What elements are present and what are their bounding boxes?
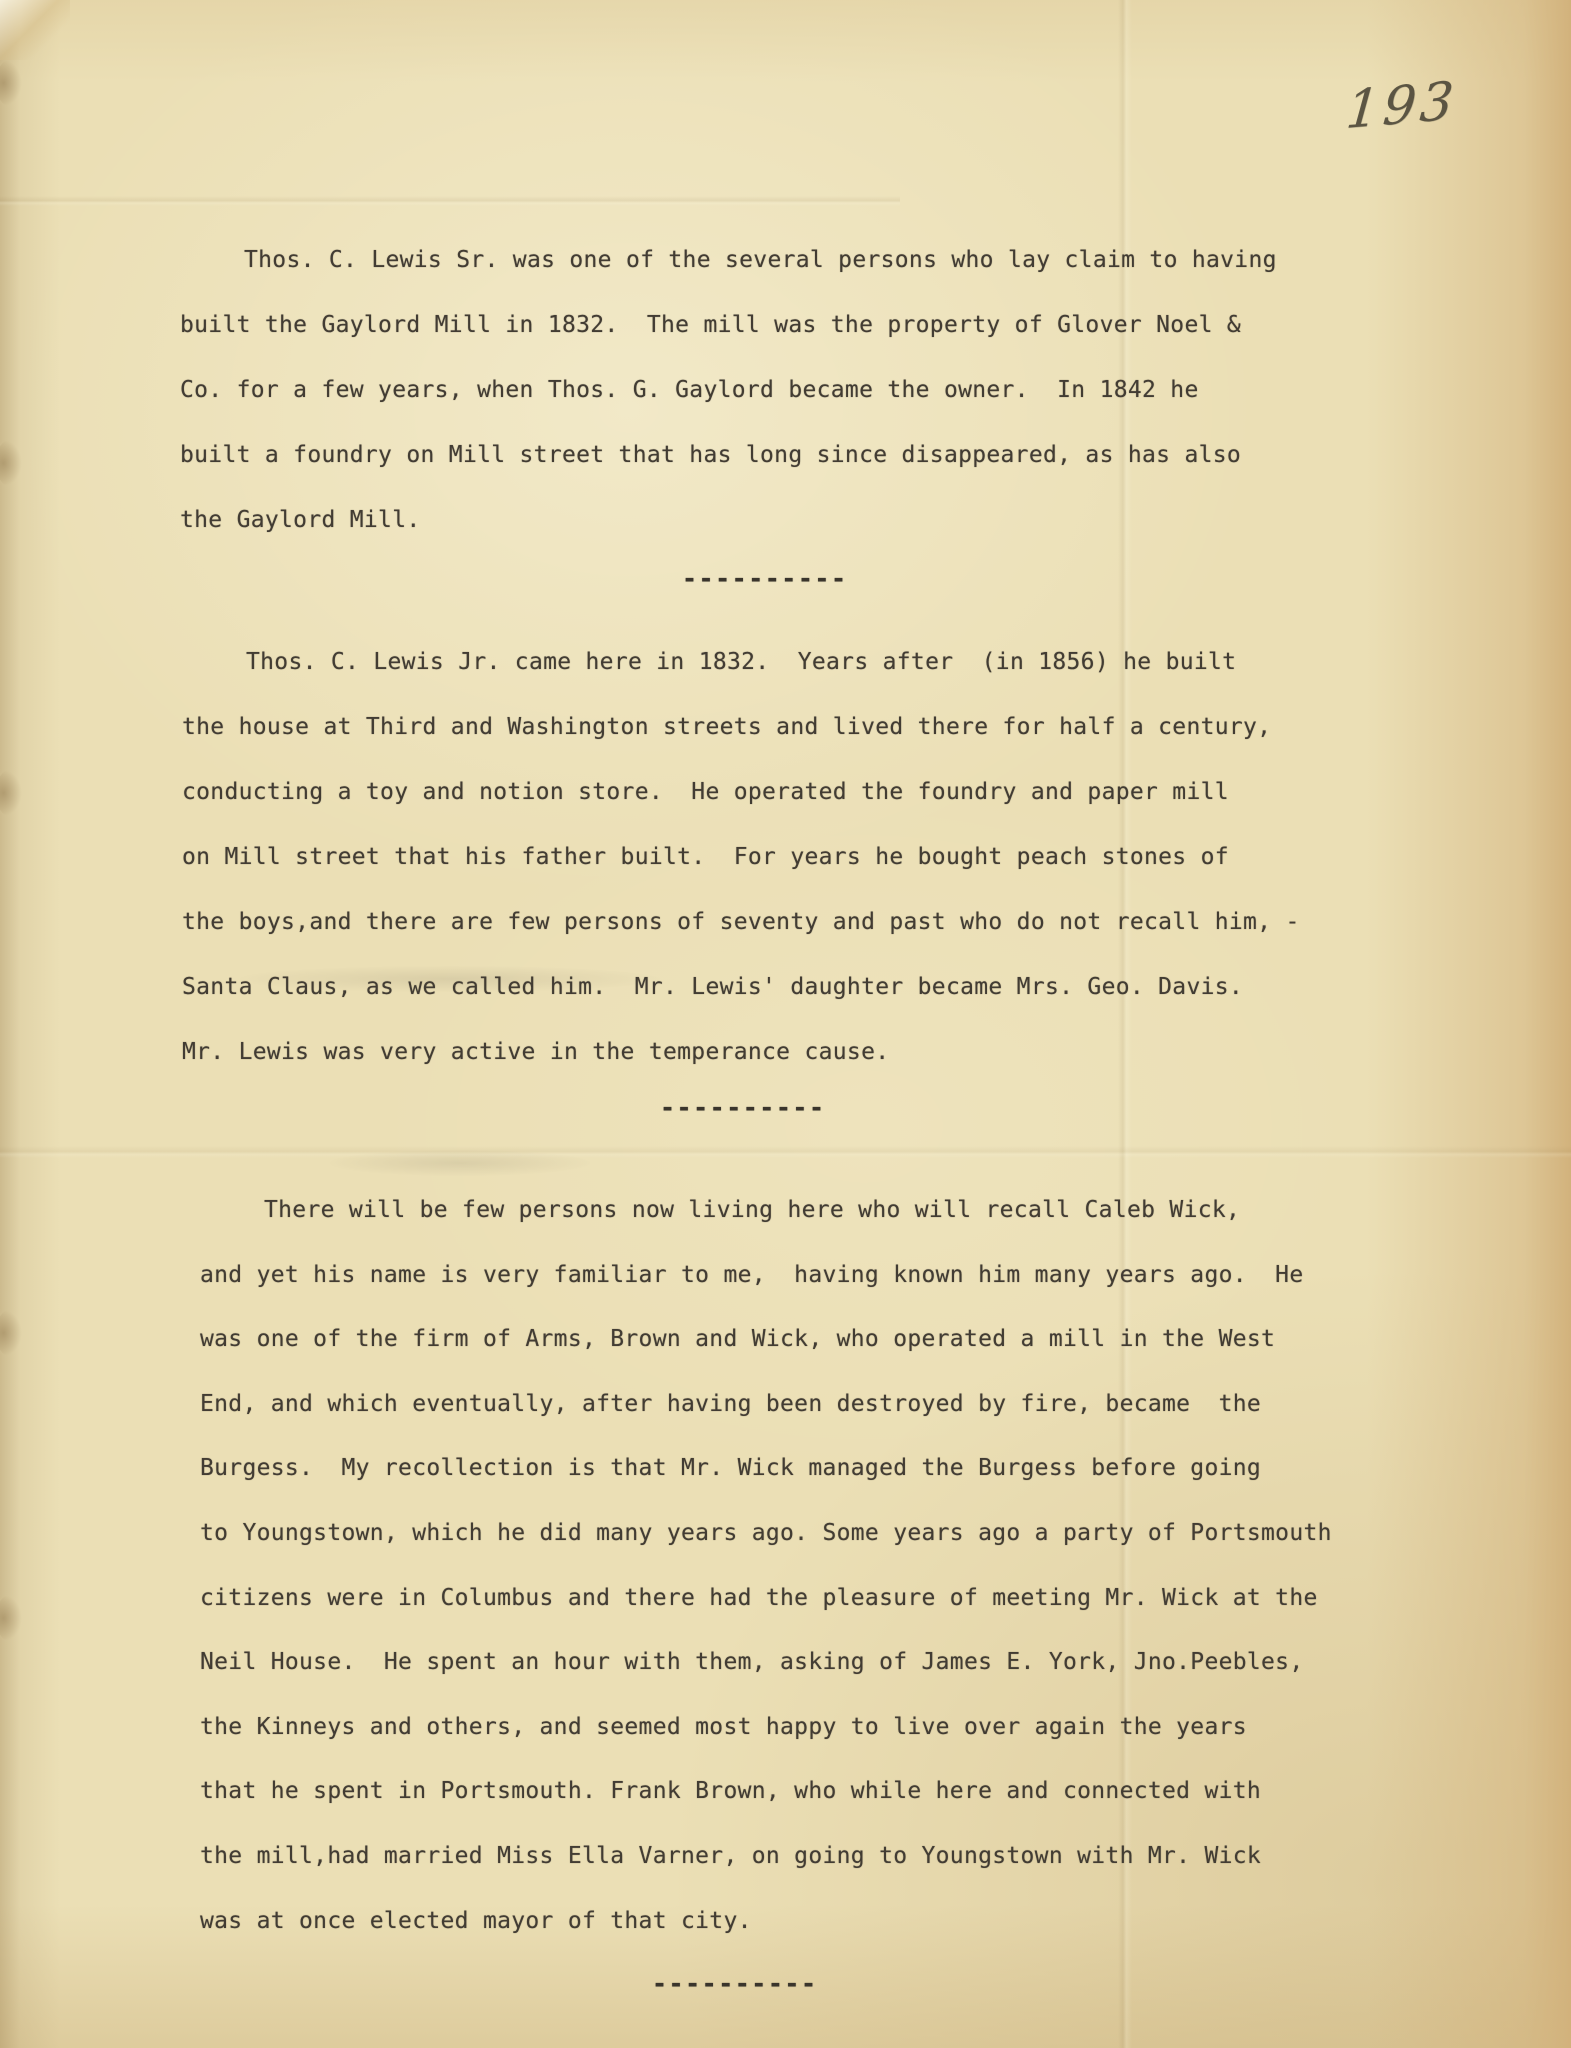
text-line: End, and which eventually, after having … xyxy=(200,1372,1332,1437)
paragraph-3: There will be few persons now living her… xyxy=(200,1178,1332,1953)
text-line: was one of the firm of Arms, Brown and W… xyxy=(200,1307,1332,1372)
text-line: Santa Claus, as we called him. Mr. Lewis… xyxy=(182,955,1300,1020)
text-line: Thos. C. Lewis Jr. came here in 1832. Ye… xyxy=(182,630,1300,695)
text-line: citizens were in Columbus and there had … xyxy=(200,1566,1332,1631)
text-line: and yet his name is very familiar to me,… xyxy=(200,1243,1332,1308)
text-line: Neil House. He spent an hour with them, … xyxy=(200,1630,1332,1695)
paragraph-2: Thos. C. Lewis Jr. came here in 1832. Ye… xyxy=(182,630,1300,1085)
horizontal-crease xyxy=(0,196,900,206)
section-separator: ---------- xyxy=(652,1969,818,1998)
document-page: 193 Thos. C. Lewis Sr. was one of the se… xyxy=(0,0,1571,2048)
torn-edge-nick xyxy=(0,1595,22,1641)
handwritten-page-number: 193 xyxy=(1344,71,1460,141)
smudge-mark xyxy=(330,1150,590,1176)
text-line: conducting a toy and notion store. He op… xyxy=(182,760,1300,825)
text-line: built the Gaylord Mill in 1832. The mill… xyxy=(180,293,1277,358)
section-separator: ---------- xyxy=(660,1093,826,1122)
horizontal-crease xyxy=(0,1146,1571,1158)
text-line: the house at Third and Washington street… xyxy=(182,695,1300,760)
corner-fold xyxy=(0,0,70,60)
text-line: Burgess. My recollection is that Mr. Wic… xyxy=(200,1436,1332,1501)
text-line: built a foundry on Mill street that has … xyxy=(180,423,1277,488)
text-line: that he spent in Portsmouth. Frank Brown… xyxy=(200,1759,1332,1824)
text-line: to Youngstown, which he did many years a… xyxy=(200,1501,1332,1566)
text-line: was at once elected mayor of that city. xyxy=(200,1889,1332,1954)
text-line: the boys,and there are few persons of se… xyxy=(182,890,1300,955)
torn-edge-nick xyxy=(0,440,22,486)
text-line: There will be few persons now living her… xyxy=(200,1178,1332,1243)
text-line: Mr. Lewis was very active in the tempera… xyxy=(182,1020,1300,1085)
text-line: the mill,had married Miss Ella Varner, o… xyxy=(200,1824,1332,1889)
text-line: the Kinneys and others, and seemed most … xyxy=(200,1695,1332,1760)
text-line: the Gaylord Mill. xyxy=(180,488,1277,553)
torn-edge-nick xyxy=(0,1310,22,1356)
torn-edge-nick xyxy=(0,60,22,106)
text-line: Thos. C. Lewis Sr. was one of the severa… xyxy=(180,228,1277,293)
torn-edge-nick xyxy=(0,770,22,816)
text-line: on Mill street that his father built. Fo… xyxy=(182,825,1300,890)
section-separator: ---------- xyxy=(682,564,848,593)
text-line: Co. for a few years, when Thos. G. Gaylo… xyxy=(180,358,1277,423)
paragraph-1: Thos. C. Lewis Sr. was one of the severa… xyxy=(180,228,1277,553)
